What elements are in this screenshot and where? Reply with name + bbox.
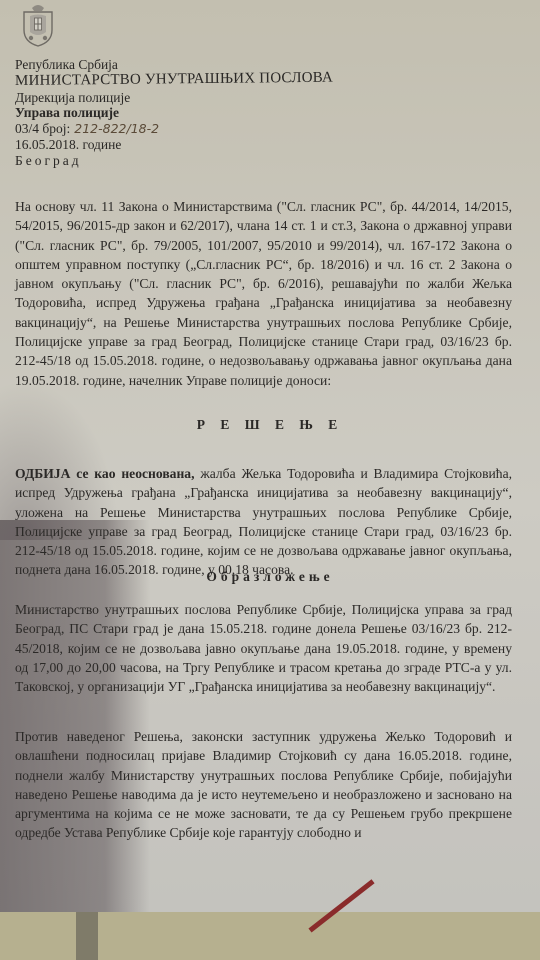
- preamble-paragraph: На основу чл. 11 Закона о Министарствима…: [15, 197, 512, 390]
- reasoning-paragraph: Против наведеног Решења, законски заступ…: [15, 727, 512, 843]
- department-name: Управа полиције: [15, 105, 333, 121]
- decision-paragraph: ОДБИЈА се као неоснована, жалба Жељка То…: [15, 464, 512, 580]
- decision-text: жалба Жељка Тодоровића и Владимира Стојк…: [15, 466, 512, 577]
- serbian-coat-of-arms-icon: [20, 2, 56, 48]
- reference-number: 03/4 број:212-822/18-2: [15, 121, 333, 137]
- desk-shadow: [76, 912, 98, 960]
- document-city: Београд: [15, 153, 333, 169]
- document-date: 16.05.2018. године: [15, 137, 333, 153]
- reference-number-label: 03/4 број:: [15, 121, 70, 136]
- reasoning-paragraph: Министарство унутрашњих послова Републик…: [15, 600, 512, 696]
- directorate-name: Дирекција полиције: [15, 90, 333, 106]
- reasoning-title: Образложење: [0, 569, 540, 585]
- reference-number-handwritten: 212-822/18-2: [74, 121, 159, 136]
- ministry-name: МИНИСТАРСТВО УНУТРАШЊИХ ПОСЛОВА: [15, 70, 333, 89]
- document-paper: Република Србија МИНИСТАРСТВО УНУТРАШЊИХ…: [0, 0, 540, 912]
- decision-lead: ОДБИЈА се као неоснована,: [15, 466, 195, 481]
- decision-title: Р Е Ш Е Њ Е: [0, 417, 540, 433]
- letterhead: Република Србија МИНИСТАРСТВО УНУТРАШЊИХ…: [15, 57, 333, 169]
